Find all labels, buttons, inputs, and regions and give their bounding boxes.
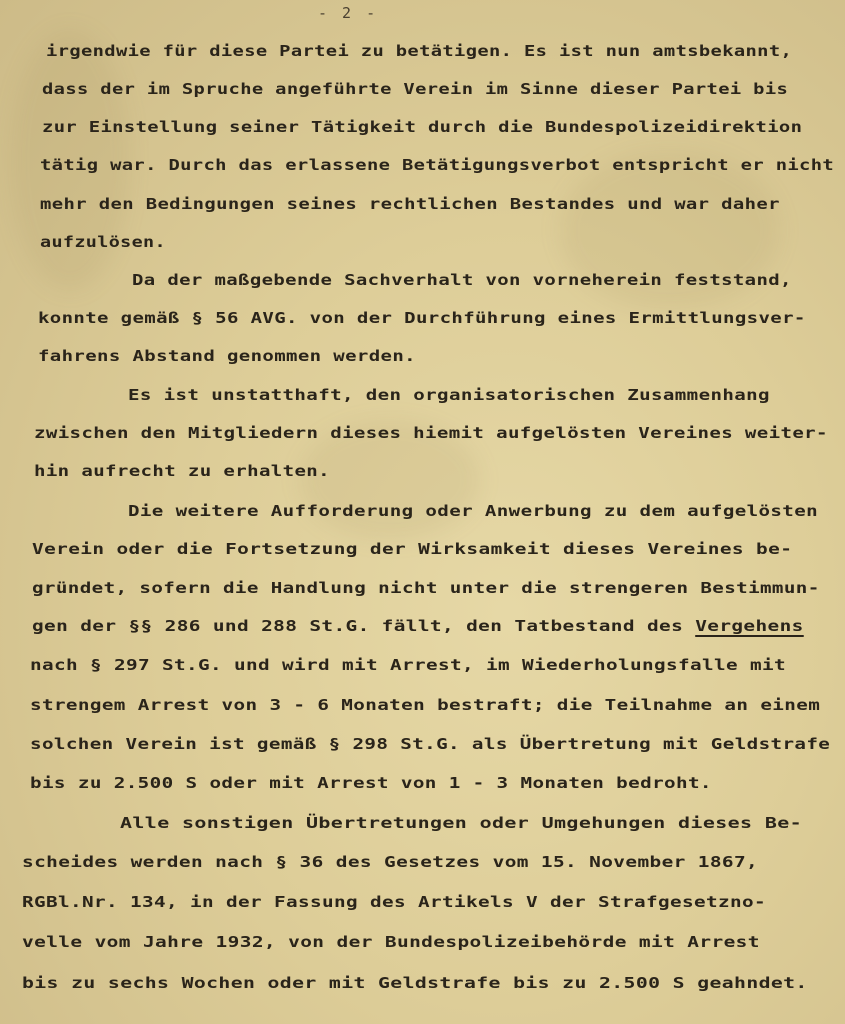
text-line: aufzulösen. (40, 233, 166, 251)
text-line: dass der im Spruche angeführte Verein im… (42, 80, 788, 98)
text-line: gen der §§ 286 und 288 St.G. fällt, den … (32, 617, 804, 635)
text-line: mehr den Bedingungen seines rechtlichen … (40, 195, 780, 213)
text-line: zwischen den Mitgliedern dieses hiemit a… (34, 424, 828, 442)
text-line: solchen Verein ist gemäß § 298 St.G. als… (30, 735, 830, 753)
text-line: hin aufrecht zu erhalten. (34, 462, 330, 480)
text-line: konnte gemäß § 56 AVG. von der Durchführ… (38, 309, 806, 327)
text-line: irgendwie für diese Partei zu betätigen.… (46, 42, 792, 60)
text-line: velle vom Jahre 1932, von der Bundespoli… (22, 933, 760, 951)
text-line: Die weitere Aufforderung oder Anwerbung … (128, 502, 818, 520)
text-line: zur Einstellung seiner Tätigkeit durch d… (42, 118, 802, 136)
text-line: strengem Arrest von 3 - 6 Monaten bestra… (30, 696, 820, 714)
text-line: gründet, sofern die Handlung nicht unter… (32, 579, 820, 597)
text-line: Da der maßgebende Sachverhalt von vorneh… (132, 271, 792, 289)
text-line: bis zu sechs Wochen oder mit Geldstrafe … (22, 974, 808, 992)
text-line: scheides werden nach § 36 des Gesetzes v… (22, 853, 758, 871)
text-line: Es ist unstatthaft, den organisatorische… (128, 386, 770, 404)
text-line: RGBl.Nr. 134, in der Fassung des Artikel… (22, 893, 766, 911)
text-line: Verein oder die Fortsetzung der Wirksamk… (32, 540, 792, 558)
text-line: nach § 297 St.G. und wird mit Arrest, im… (30, 656, 786, 674)
text-line: bis zu 2.500 S oder mit Arrest von 1 - 3… (30, 774, 712, 792)
underlined-word: Vergehens (695, 617, 804, 635)
typewritten-document-page: - 2 - irgendwie für diese Partei zu betä… (0, 0, 845, 1024)
page-number: - 2 - (318, 4, 378, 22)
text-line: Alle sonstigen Übertretungen oder Umgehu… (120, 814, 802, 832)
text-line: fahrens Abstand genommen werden. (38, 347, 416, 365)
text-line: tätig war. Durch das erlassene Betätigun… (40, 156, 834, 174)
